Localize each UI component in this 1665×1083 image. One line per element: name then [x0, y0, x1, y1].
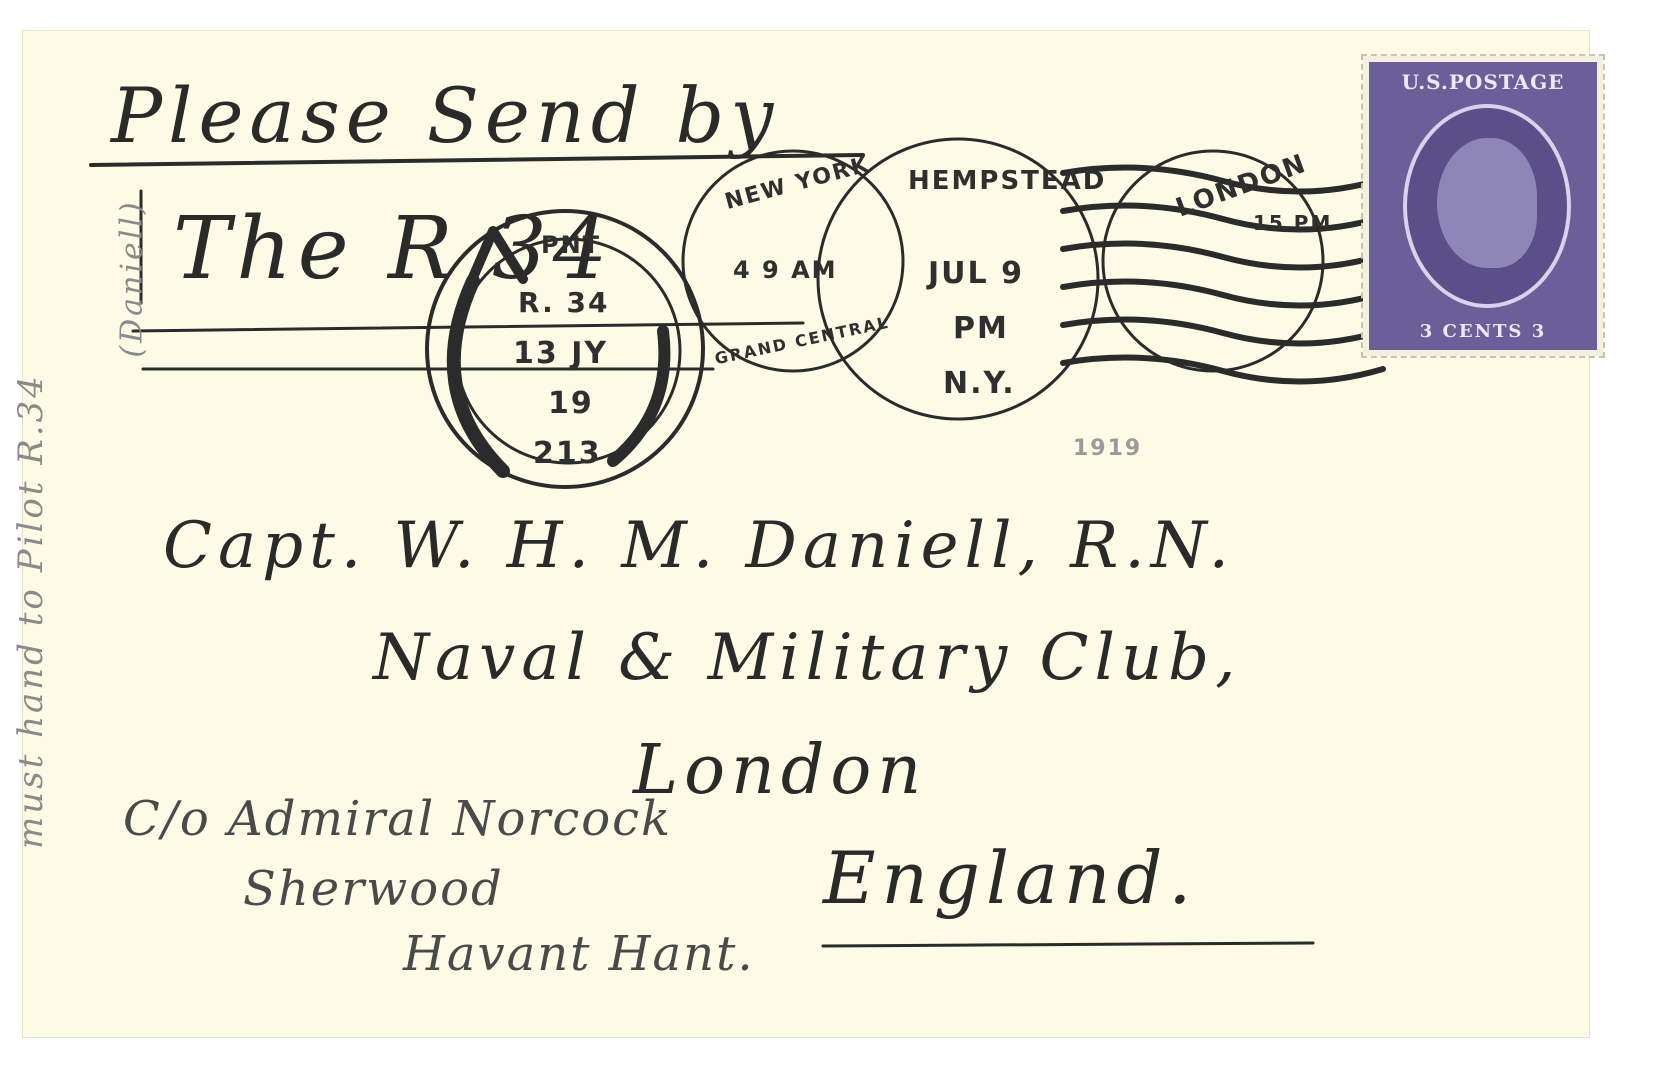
stamp-value: 3 CENTS 3: [1369, 321, 1597, 342]
hempstead-postmark-line2: PM: [953, 311, 1009, 346]
r34-postmark-line3: 19: [548, 386, 594, 421]
r34-postmark-top: PNT: [541, 231, 601, 259]
postage-stamp: U.S.POSTAGE 3 CENTS 3: [1363, 56, 1603, 356]
envelope: Please Send by The R 34 PNT R. 34 13 JY …: [22, 30, 1590, 1038]
redirect-line-1: C/o Admiral Norcock: [123, 791, 672, 847]
hempstead-postmark-top: HEMPSTEAD: [908, 166, 1106, 196]
redirect-line-2: Sherwood: [243, 861, 504, 917]
stamp-title: U.S.POSTAGE: [1369, 70, 1597, 94]
hempstead-postmark-line3: N.Y.: [943, 366, 1016, 401]
portrait-head: [1437, 138, 1537, 268]
address-line-2: Naval & Military Club,: [373, 621, 1241, 695]
london-postmark-line1: 15 PM: [1253, 211, 1332, 235]
address-line-4: England.: [823, 836, 1197, 920]
r34-postmark-bottom: 213: [533, 436, 602, 471]
hempstead-postmark-line1: JUL 9: [928, 256, 1024, 291]
address-line-1: Capt. W. H. M. Daniell, R.N.: [163, 509, 1235, 583]
ny-postmark-line1: 4 9 AM: [733, 256, 838, 284]
r34-postmark-line2: 13 JY: [513, 336, 608, 371]
redirect-line-3: Havant Hant.: [403, 926, 755, 982]
address-line-3: London: [633, 731, 927, 810]
washington-portrait: [1403, 104, 1571, 308]
r34-postmark-line1: R. 34: [518, 286, 609, 319]
side-pencil-note-2: (Daniell): [115, 199, 150, 357]
london-postmark-year: 1919: [1073, 436, 1142, 461]
side-pencil-note: must hand to Pilot R.34: [11, 373, 51, 849]
